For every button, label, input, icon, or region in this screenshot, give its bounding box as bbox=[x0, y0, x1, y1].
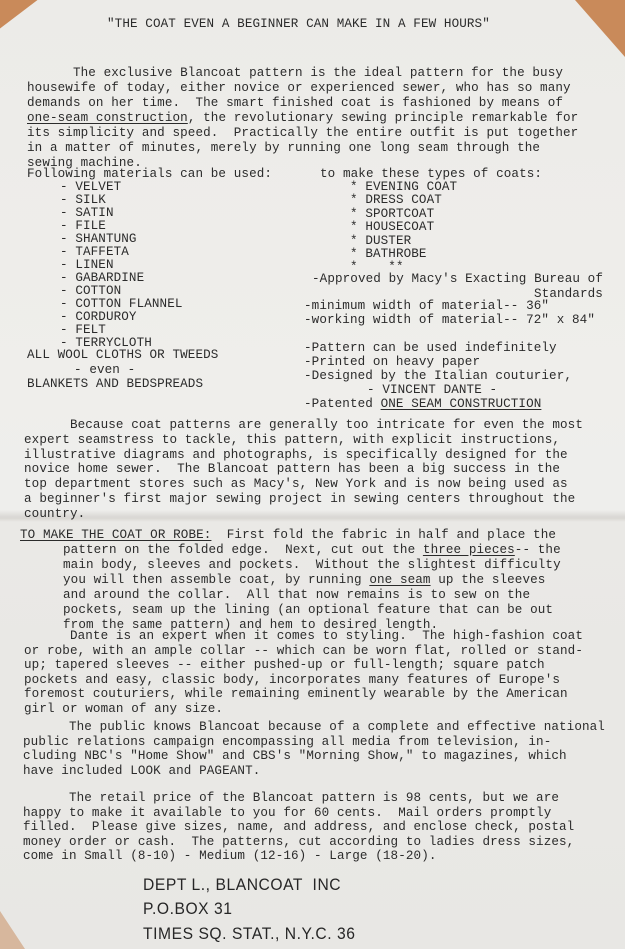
public-line: have included LOOK and PAGEANT. bbox=[23, 765, 260, 778]
dante-line: foremost couturiers, while remaining emi… bbox=[24, 688, 568, 701]
intro-line: one-seam construction, the revolutionary… bbox=[27, 112, 578, 125]
one-seam-construction: one-seam construction bbox=[27, 111, 188, 125]
coat-type-item: * DRESS COAT bbox=[350, 194, 442, 207]
coat-type-item: * DUSTER bbox=[350, 235, 411, 248]
page-title: "THE COAT EVEN A BEGINNER CAN MAKE IN A … bbox=[107, 18, 490, 31]
blankets-line: BLANKETS AND BEDSPREADS bbox=[27, 378, 203, 391]
dante-line: up; tapered sleeves -- either pushed-up … bbox=[24, 659, 545, 672]
patented-line: -Patented ONE SEAM CONSTRUCTION bbox=[304, 398, 541, 411]
instructions-line: TO MAKE THE COAT OR ROBE: First fold the… bbox=[20, 529, 556, 542]
working-width-line: -working width of material-- 72" x 84" bbox=[304, 314, 595, 327]
dante-line: or robe, with an ample collar -- which c… bbox=[24, 645, 583, 658]
price-line: money order or cash. The patterns, cut a… bbox=[23, 836, 574, 849]
address-line-3: TIMES SQ. STAT., N.Y.C. 36 bbox=[143, 924, 356, 944]
dante-line: Dante is an expert when it comes to styl… bbox=[24, 630, 583, 643]
public-line: public relations campaign encompassing a… bbox=[23, 736, 551, 749]
dante-line: girl or woman of any size. bbox=[24, 703, 223, 716]
price-line: happy to make it available to you for 60… bbox=[23, 807, 551, 820]
public-line: cluding NBC's "Home Show" and CBS's "Mor… bbox=[23, 750, 567, 763]
intro-line: housewife of today, either novice or exp… bbox=[27, 82, 571, 95]
intro-line: in a matter of minutes, merely by runnin… bbox=[27, 142, 540, 155]
instructions-line: you will then assemble coat, by running … bbox=[63, 574, 545, 587]
intro-line: The exclusive Blancoat pattern is the id… bbox=[27, 67, 563, 80]
designer-line: - VINCENT DANTE - bbox=[367, 384, 497, 397]
intro-line: demands on her time. The smart finished … bbox=[27, 97, 563, 110]
even-line: - even - bbox=[74, 364, 135, 377]
designed-line: -Designed by the Italian couturier, bbox=[304, 370, 572, 383]
instructions-line: pockets, seam up the lining (an optional… bbox=[63, 604, 553, 617]
because-line: illustrative diagrams and photographs, i… bbox=[24, 449, 568, 462]
because-line: Because coat patterns are generally too … bbox=[24, 419, 583, 432]
coat-type-item: * EVENING COAT bbox=[350, 181, 457, 194]
instructions-line: and around the collar. All that now rema… bbox=[63, 589, 530, 602]
intro-line: its simplicity and speed. Practically th… bbox=[27, 127, 578, 140]
approved-line: -Approved by Macy's Exacting Bureau of bbox=[312, 273, 603, 286]
public-line: The public knows Blancoat because of a c… bbox=[23, 721, 605, 734]
coat-type-item: * HOUSECOAT bbox=[350, 221, 434, 234]
coat-type-item: * SPORTCOAT bbox=[350, 208, 434, 221]
instructions-heading: TO MAKE THE COAT OR ROBE: bbox=[20, 528, 211, 542]
wool-line: ALL WOOL CLOTHS OR TWEEDS bbox=[27, 349, 218, 362]
instructions-line: main body, sleeves and pockets. Without … bbox=[63, 559, 561, 572]
dante-line: pockets and easy, classic body, incorpor… bbox=[24, 674, 560, 687]
because-line: top department stores such as Macy's, Ne… bbox=[24, 478, 568, 491]
because-line: novice home sewer. The Blancoat pattern … bbox=[24, 463, 560, 476]
paper-fold bbox=[0, 510, 625, 522]
price-line: The retail price of the Blancoat pattern… bbox=[23, 792, 559, 805]
price-line: come in Small (8-10) - Medium (12-16) - … bbox=[23, 850, 437, 863]
price-line: filled. Please give sizes, name, and add… bbox=[23, 821, 574, 834]
indefinite-line: -Pattern can be used indefinitely bbox=[304, 342, 557, 355]
min-width-line: -minimum width of material-- 36" bbox=[304, 300, 549, 313]
address-line-2: P.O.BOX 31 bbox=[143, 899, 233, 919]
coat-type-item: * BATHROBE bbox=[350, 248, 427, 261]
address-line-1: DEPT L., BLANCOAT INC bbox=[143, 875, 341, 895]
because-line: a beginner's first major sewing project … bbox=[24, 493, 575, 506]
paper-line: -Printed on heavy paper bbox=[304, 356, 480, 369]
instructions-line: pattern on the folded edge. Next, cut ou… bbox=[63, 544, 561, 557]
because-line: country. bbox=[24, 508, 85, 521]
because-line: expert seamstress to tackle, this patter… bbox=[24, 434, 560, 447]
